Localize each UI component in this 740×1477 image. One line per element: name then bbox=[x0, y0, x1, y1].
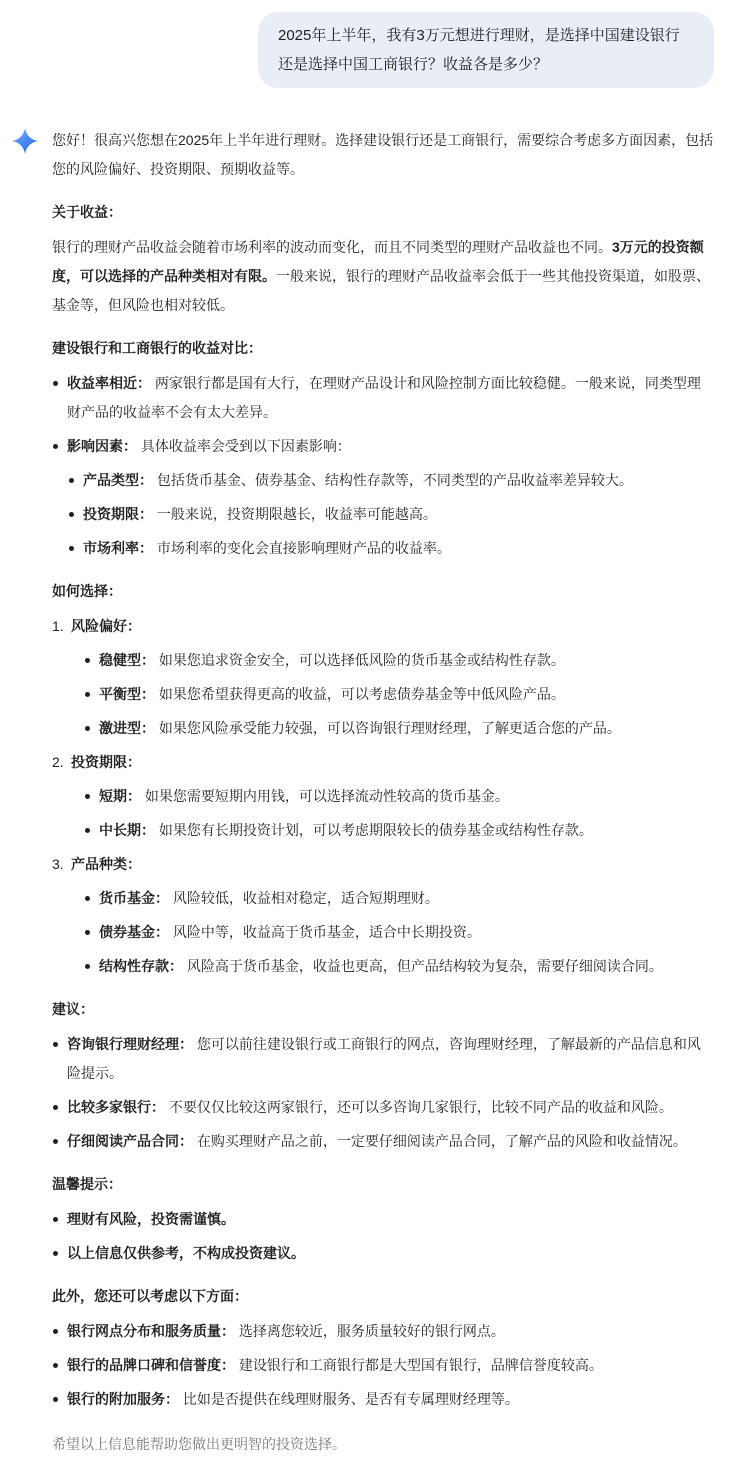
chat-thread: 2025年上半年，我有3万元想进行理财，是选择中国建设银行还是选择中国工商银行？… bbox=[0, 0, 740, 1477]
list-item-label: 风险偏好： bbox=[71, 618, 141, 634]
list-item-label: 银行网点分布和服务质量： bbox=[67, 1323, 235, 1339]
list-item-text: 两家银行都是国有大行，在理财产品设计和风险控制方面比较稳健。一般来说，同类型理财… bbox=[67, 375, 701, 420]
list-item-label: 以上信息仅供参考，不构成投资建议。 bbox=[67, 1245, 305, 1261]
bullet-list-item: 仔细阅读产品合同： 在购买理财产品之前，一定要仔细阅读产品合同，了解产品的风险和… bbox=[52, 1127, 714, 1156]
text-run: 希望以上信息能帮助您做出更明智的投资选择。 bbox=[52, 1436, 346, 1452]
list-item-label: 平衡型： bbox=[99, 686, 155, 702]
numbered-list-item: 产品种类：货币基金： 风险较低，收益相对稳定，适合短期理财。债券基金： 风险中等… bbox=[52, 850, 714, 981]
list-item-text: 如果您希望获得更高的收益，可以考虑债券基金等中低风险产品。 bbox=[155, 686, 565, 702]
list-item-label: 仔细阅读产品合同： bbox=[67, 1133, 193, 1149]
list-item-text: 选择离您较近，服务质量较好的银行网点。 bbox=[235, 1323, 505, 1339]
section-heading: 温馨提示： bbox=[52, 1170, 714, 1199]
list-item-label: 投资期限： bbox=[83, 506, 153, 522]
user-message-text: 2025年上半年，我有3万元想进行理财，是选择中国建设银行还是选择中国工商银行？… bbox=[278, 21, 694, 79]
list-item-label: 银行的品牌口碑和信誉度： bbox=[67, 1357, 235, 1373]
nested-list-item: 产品类型： 包括货币基金、债券基金、结构性存款等，不同类型的产品收益率差异较大。 bbox=[67, 466, 714, 495]
list-item-label: 短期： bbox=[99, 788, 141, 804]
list-item-text: 建设银行和工商银行都是大型国有银行，品牌信誉度较高。 bbox=[235, 1357, 603, 1373]
list-item-text: 风险高于货币基金，收益也更高，但产品结构较为复杂，需要仔细阅读合同。 bbox=[183, 958, 663, 974]
nested-list-item: 市场利率： 市场利率的变化会直接影响理财产品的收益率。 bbox=[67, 534, 714, 563]
nested-list-item: 短期： 如果您需要短期内用钱，可以选择流动性较高的货币基金。 bbox=[83, 782, 714, 811]
list-item-text: 在购买理财产品之前，一定要仔细阅读产品合同，了解产品的风险和收益情况。 bbox=[193, 1133, 687, 1149]
nested-list-item: 稳健型： 如果您追求资金安全，可以选择低风险的货币基金或结构性存款。 bbox=[83, 646, 714, 675]
bullet-list-item: 咨询银行理财经理： 您可以前往建设银行或工商银行的网点，咨询理财经理，了解最新的… bbox=[52, 1030, 714, 1088]
bullet-list: 理财有风险，投资需谨慎。以上信息仅供参考，不构成投资建议。 bbox=[52, 1205, 714, 1268]
nested-list-item: 激进型： 如果您风险承受能力较强，可以咨询银行理财经理，了解更适合您的产品。 bbox=[83, 714, 714, 743]
list-item-text: 如果您需要短期内用钱，可以选择流动性较高的货币基金。 bbox=[141, 788, 509, 804]
list-item-text: 包括货币基金、债券基金、结构性存款等，不同类型的产品收益率差异较大。 bbox=[153, 472, 633, 488]
list-item-label: 中长期： bbox=[99, 822, 155, 838]
list-item-label: 激进型： bbox=[99, 720, 155, 736]
list-item-text: 市场利率的变化会直接影响理财产品的收益率。 bbox=[153, 540, 451, 556]
assistant-message-content: 您好！很高兴您想在2025年上半年进行理财。选择建设银行还是工商银行，需要综合考… bbox=[52, 126, 714, 1459]
nested-list-item: 平衡型： 如果您希望获得更高的收益，可以考虑债券基金等中低风险产品。 bbox=[83, 680, 714, 709]
list-item-label: 影响因素： bbox=[67, 438, 137, 454]
list-item-label: 投资期限： bbox=[71, 754, 141, 770]
text-run: 银行的理财产品收益会随着市场利率的波动而变化，而且不同类型的理财产品收益也不同。 bbox=[52, 239, 612, 255]
bullet-list-item: 收益率相近： 两家银行都是国有大行，在理财产品设计和风险控制方面比较稳健。一般来… bbox=[52, 369, 714, 427]
nested-list-item: 投资期限： 一般来说，投资期限越长，收益率可能越高。 bbox=[67, 500, 714, 529]
list-item-text: 不要仅仅比较这两家银行，还可以多咨询几家银行，比较不同产品的收益和风险。 bbox=[165, 1099, 673, 1115]
list-item-label: 市场利率： bbox=[83, 540, 153, 556]
list-item-text: 一般来说，投资期限越长，收益率可能越高。 bbox=[153, 506, 437, 522]
list-item-text: 风险较低，收益相对稳定，适合短期理财。 bbox=[169, 890, 439, 906]
list-item-label: 咨询银行理财经理： bbox=[67, 1036, 193, 1052]
bullet-list: 咨询银行理财经理： 您可以前往建设银行或工商银行的网点，咨询理财经理，了解最新的… bbox=[52, 1030, 714, 1156]
paragraph: 您好！很高兴您想在2025年上半年进行理财。选择建设银行还是工商银行，需要综合考… bbox=[52, 126, 714, 184]
bullet-list: 收益率相近： 两家银行都是国有大行，在理财产品设计和风险控制方面比较稳健。一般来… bbox=[52, 369, 714, 563]
section-heading: 建议： bbox=[52, 995, 714, 1024]
nested-list: 货币基金： 风险较低，收益相对稳定，适合短期理财。债券基金： 风险中等，收益高于… bbox=[83, 884, 714, 981]
section-heading: 如何选择： bbox=[52, 577, 714, 606]
paragraph: 银行的理财产品收益会随着市场利率的波动而变化，而且不同类型的理财产品收益也不同。… bbox=[52, 233, 714, 320]
list-item-label: 债券基金： bbox=[99, 924, 169, 940]
bullet-list-item: 银行的品牌口碑和信誉度： 建设银行和工商银行都是大型国有银行，品牌信誉度较高。 bbox=[52, 1351, 714, 1380]
gemini-sparkle-icon bbox=[12, 128, 38, 154]
bullet-list-item: 影响因素： 具体收益率会受到以下因素影响：产品类型： 包括货币基金、债券基金、结… bbox=[52, 432, 714, 563]
text-run: 您好！很高兴您想在2025年上半年进行理财。选择建设银行还是工商银行，需要综合考… bbox=[52, 132, 713, 177]
user-message-row: 2025年上半年，我有3万元想进行理财，是选择中国建设银行还是选择中国工商银行？… bbox=[10, 12, 714, 88]
nested-list: 短期： 如果您需要短期内用钱，可以选择流动性较高的货币基金。中长期： 如果您有长… bbox=[83, 782, 714, 845]
list-item-label: 理财有风险，投资需谨慎。 bbox=[67, 1211, 235, 1227]
nested-list-item: 货币基金： 风险较低，收益相对稳定，适合短期理财。 bbox=[83, 884, 714, 913]
bullet-list: 银行网点分布和服务质量： 选择离您较近，服务质量较好的银行网点。银行的品牌口碑和… bbox=[52, 1317, 714, 1414]
list-item-label: 稳健型： bbox=[99, 652, 155, 668]
nested-list-item: 中长期： 如果您有长期投资计划，可以考虑期限较长的债券基金或结构性存款。 bbox=[83, 816, 714, 845]
list-item-label: 银行的附加服务： bbox=[67, 1391, 179, 1407]
bullet-list-item: 银行网点分布和服务质量： 选择离您较近，服务质量较好的银行网点。 bbox=[52, 1317, 714, 1346]
list-item-label: 货币基金： bbox=[99, 890, 169, 906]
closing-note: 希望以上信息能帮助您做出更明智的投资选择。 bbox=[52, 1430, 714, 1459]
list-item-text: 如果您有长期投资计划，可以考虑期限较长的债券基金或结构性存款。 bbox=[155, 822, 593, 838]
list-item-label: 产品类型： bbox=[83, 472, 153, 488]
bullet-list-item: 比较多家银行： 不要仅仅比较这两家银行，还可以多咨询几家银行，比较不同产品的收益… bbox=[52, 1093, 714, 1122]
numbered-list-item: 风险偏好：稳健型： 如果您追求资金安全，可以选择低风险的货币基金或结构性存款。平… bbox=[52, 612, 714, 743]
list-item-text: 如果您追求资金安全，可以选择低风险的货币基金或结构性存款。 bbox=[155, 652, 565, 668]
nested-list-item: 债券基金： 风险中等，收益高于货币基金，适合中长期投资。 bbox=[83, 918, 714, 947]
numbered-list: 风险偏好：稳健型： 如果您追求资金安全，可以选择低风险的货币基金或结构性存款。平… bbox=[52, 612, 714, 981]
nested-list-item: 结构性存款： 风险高于货币基金，收益也更高，但产品结构较为复杂，需要仔细阅读合同… bbox=[83, 952, 714, 981]
section-heading: 建设银行和工商银行的收益对比： bbox=[52, 334, 714, 363]
list-item-text: 如果您风险承受能力较强，可以咨询银行理财经理，了解更适合您的产品。 bbox=[155, 720, 621, 736]
user-message-bubble: 2025年上半年，我有3万元想进行理财，是选择中国建设银行还是选择中国工商银行？… bbox=[258, 12, 714, 88]
list-item-text: 风险中等，收益高于货币基金，适合中长期投资。 bbox=[169, 924, 481, 940]
list-item-label: 比较多家银行： bbox=[67, 1099, 165, 1115]
nested-list: 产品类型： 包括货币基金、债券基金、结构性存款等，不同类型的产品收益率差异较大。… bbox=[67, 466, 714, 563]
list-item-text: 比如是否提供在线理财服务、是否有专属理财经理等。 bbox=[179, 1391, 519, 1407]
nested-list: 稳健型： 如果您追求资金安全，可以选择低风险的货币基金或结构性存款。平衡型： 如… bbox=[83, 646, 714, 743]
bullet-list-item: 以上信息仅供参考，不构成投资建议。 bbox=[52, 1239, 714, 1268]
list-item-text: 具体收益率会受到以下因素影响： bbox=[137, 438, 351, 454]
list-item-label: 收益率相近： bbox=[67, 375, 151, 391]
bullet-list-item: 银行的附加服务： 比如是否提供在线理财服务、是否有专属理财经理等。 bbox=[52, 1385, 714, 1414]
bullet-list-item: 理财有风险，投资需谨慎。 bbox=[52, 1205, 714, 1234]
list-item-label: 结构性存款： bbox=[99, 958, 183, 974]
section-heading: 关于收益： bbox=[52, 198, 714, 227]
numbered-list-item: 投资期限：短期： 如果您需要短期内用钱，可以选择流动性较高的货币基金。中长期： … bbox=[52, 748, 714, 845]
assistant-message-row: 您好！很高兴您想在2025年上半年进行理财。选择建设银行还是工商银行，需要综合考… bbox=[10, 126, 714, 1459]
section-heading: 此外，您还可以考虑以下方面： bbox=[52, 1282, 714, 1311]
list-item-label: 产品种类： bbox=[71, 856, 141, 872]
